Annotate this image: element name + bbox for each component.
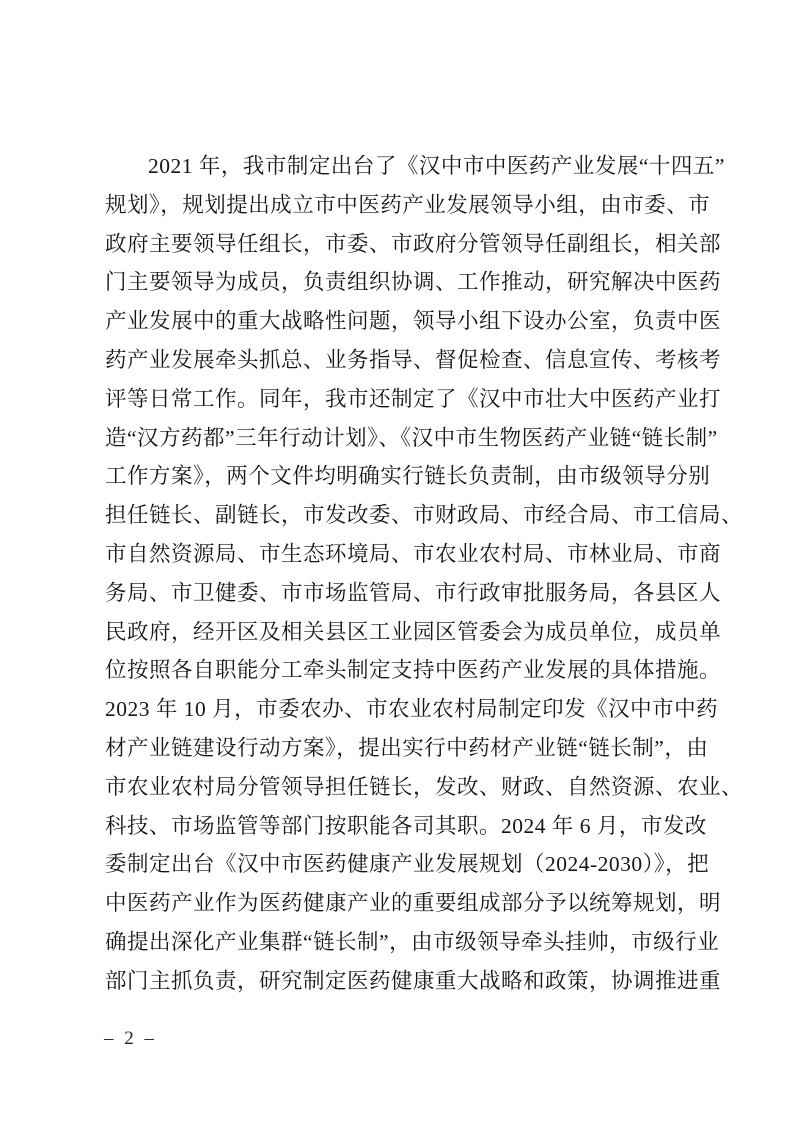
document-body: 2021 年，我市制定出台了《汉中市中医药产业发展“十四五”规划》，规划提出成立… xyxy=(105,147,690,1001)
body-line: 市农业农村局分管领导担任链长，发改、财政、自然资源、农业、 xyxy=(105,768,690,807)
body-line: 政府主要领导任组长，市委、市政府分管领导任副组长，相关部 xyxy=(105,225,690,264)
body-line: 市自然资源局、市生态环境局、市农业农村局、市林业局、市商 xyxy=(105,535,690,574)
body-line: 造“汉方药都”三年行动计划》、《汉中市生物医药产业链“链长制” xyxy=(105,419,690,458)
body-line: 确提出深化产业集群“链长制”，由市级领导牵头挂帅，市级行业 xyxy=(105,923,690,962)
body-line: 科技、市场监管等部门按职能各司其职。2024 年 6 月，市发改 xyxy=(105,807,690,846)
body-line: 民政府，经开区及相关县区工业园区管委会为成员单位，成员单 xyxy=(105,613,690,652)
body-line: 产业发展中的重大战略性问题，领导小组下设办公室，负责中医 xyxy=(105,302,690,341)
body-line: 药产业发展牵头抓总、业务指导、督促检查、信息宣传、考核考 xyxy=(105,341,690,380)
document-page: 2021 年，我市制定出台了《汉中市中医药产业发展“十四五”规划》，规划提出成立… xyxy=(0,0,793,1122)
body-line: 工作方案》，两个文件均明确实行链长负责制，由市级领导分别 xyxy=(105,457,690,496)
body-line: 2021 年，我市制定出台了《汉中市中医药产业发展“十四五” xyxy=(105,147,690,186)
body-line: 规划》，规划提出成立市中医药产业发展领导小组，由市委、市 xyxy=(105,186,690,225)
body-line: 2023 年 10 月，市委农办、市农业农村局制定印发《汉中市中药 xyxy=(105,690,690,729)
body-line: 委制定出台《汉中市医药健康产业发展规划（2024-2030）》，把 xyxy=(105,845,690,884)
body-line: 门主要领导为成员，负责组织协调、工作推动，研究解决中医药 xyxy=(105,263,690,302)
body-line: 材产业链建设行动方案》，提出实行中药材产业链“链长制”，由 xyxy=(105,729,690,768)
page-number: – 2 – xyxy=(104,1028,157,1050)
body-line: 位按照各自职能分工牵头制定支持中医药产业发展的具体措施。 xyxy=(105,651,690,690)
body-line: 中医药产业作为医药健康产业的重要组成部分予以统筹规划，明 xyxy=(105,884,690,923)
body-line: 评等日常工作。同年，我市还制定了《汉中市壮大中医药产业打 xyxy=(105,380,690,419)
body-line: 务局、市卫健委、市市场监管局、市行政审批服务局，各县区人 xyxy=(105,574,690,613)
body-line: 部门主抓负责，研究制定医药健康重大战略和政策，协调推进重 xyxy=(105,962,690,1001)
body-line: 担任链长、副链长，市发改委、市财政局、市经合局、市工信局、 xyxy=(105,496,690,535)
